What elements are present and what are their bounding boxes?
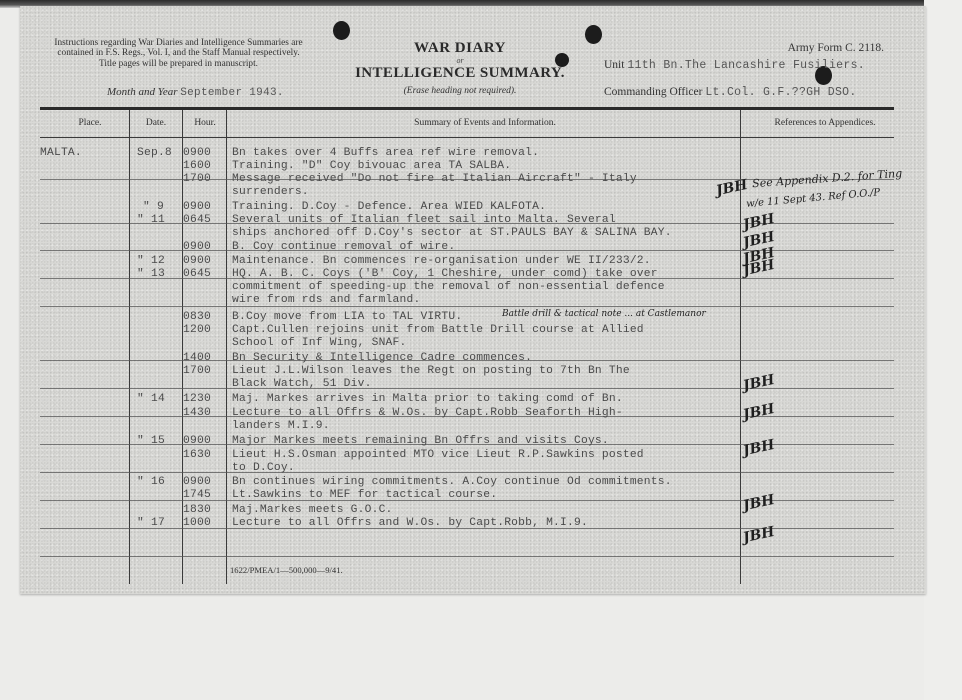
entry-hour: 0900	[183, 201, 211, 214]
title-war-diary: WAR DIARY	[340, 40, 580, 57]
entry-hour: 1430	[183, 407, 211, 420]
col-header-hour: Hour.	[184, 118, 226, 128]
diary-table: Place. Date. Hour. Summary of Events and…	[40, 110, 915, 584]
column-divider	[226, 110, 227, 584]
punch-hole	[585, 25, 602, 44]
initials-signature: JBH	[715, 177, 749, 199]
war-diary-page: Instructions regarding War Diaries and I…	[20, 6, 926, 594]
col-header-refs: References to Appendices.	[745, 118, 905, 128]
entry-text: School of Inf Wing, SNAF.	[232, 337, 406, 350]
col-header-place: Place.	[60, 118, 120, 128]
entry-hour: 0900	[183, 435, 211, 448]
co-value: Lt.Col. G.F.??GH DSO.	[705, 86, 856, 99]
entry-text: B. Coy continue removal of wire.	[232, 241, 455, 254]
punch-hole	[333, 21, 350, 40]
instructions-text: Instructions regarding War Diaries and I…	[51, 38, 306, 69]
initials-signature: JBH	[742, 372, 776, 394]
entry-text: surrenders.	[232, 186, 309, 199]
month-year-label: Month and Year	[107, 86, 178, 98]
entry-text: Maintenance. Bn commences re-organisatio…	[232, 255, 651, 268]
entry-hour: 1600	[183, 160, 211, 173]
header-underline	[40, 137, 894, 138]
entry-date: " 17	[137, 517, 165, 530]
entry-hour: 0645	[183, 214, 211, 227]
unit-label: Unit	[604, 59, 624, 71]
entry-hour: 0900	[183, 241, 211, 254]
entry-hour: 1230	[183, 393, 211, 406]
entry-text: wire from rds and farmland.	[232, 294, 420, 307]
entry-text: Capt.Cullen rejoins unit from Battle Dri…	[232, 324, 644, 337]
entry-hour: 0645	[183, 268, 211, 281]
entry-text: ships anchored off D.Coy's sector at ST.…	[232, 227, 672, 240]
appendix-note: See Appendix D.2. for Ting	[752, 167, 903, 190]
entry-date: " 13	[137, 268, 165, 281]
row-rule	[40, 556, 894, 557]
entry-text: Maj. Markes arrives in Malta prior to ta…	[232, 393, 623, 406]
initials-signature: JBH	[742, 492, 776, 514]
entry-date: " 12	[137, 255, 165, 268]
entry-text: Bn takes over 4 Buffs area ref wire remo…	[232, 147, 539, 160]
entry-place: MALTA.	[40, 147, 82, 160]
row-rule	[40, 472, 894, 473]
commanding-officer-field: Commanding Officer Lt.Col. G.F.??GH DSO.	[604, 86, 857, 99]
army-form-number: Army Form C. 2118.	[788, 42, 884, 54]
entry-hour: 0900	[183, 147, 211, 160]
initials-signature: JBH	[742, 401, 776, 423]
unit-field: Unit 11th Bn.The Lancashire Fusiliers.	[604, 59, 865, 72]
entry-hour: 1700	[183, 173, 211, 186]
entry-hour: 1400	[183, 352, 211, 365]
entry-hour: 0900	[183, 476, 211, 489]
appendix-note: w/e 11 Sept 43. Ref O.O./P	[746, 187, 881, 210]
scanner-right-margin	[924, 0, 962, 700]
entry-hour: 0900	[183, 255, 211, 268]
entry-text: Lieut J.L.Wilson leaves the Regt on post…	[232, 365, 630, 378]
entry-hour: 0830	[183, 311, 211, 324]
entry-text: Message received "Do not fire at Italian…	[232, 173, 637, 186]
handwritten-note: Battle drill & tactical note ... at Cast…	[502, 309, 706, 319]
initials-signature: JBH	[742, 437, 776, 459]
entry-hour: 1830	[183, 504, 211, 517]
entry-hour: 1630	[183, 449, 211, 462]
entry-hour: 1745	[183, 489, 211, 502]
entry-date: " 15	[137, 435, 165, 448]
entry-text: Bn Security & Intelligence Cadre commenc…	[232, 352, 532, 365]
entry-date: " 16	[137, 476, 165, 489]
entry-hour: 1000	[183, 517, 211, 530]
month-year-value: September 1943.	[180, 87, 284, 99]
entry-text: to D.Coy.	[232, 462, 295, 475]
column-divider	[129, 110, 130, 584]
entry-text: commitment of speeding-up the removal of…	[232, 281, 665, 294]
entry-hour: 1200	[183, 324, 211, 337]
entry-text: Several units of Italian fleet sail into…	[232, 214, 616, 227]
entry-date: Sep.8	[137, 147, 172, 160]
row-rule	[40, 306, 894, 307]
entry-text: Training. D.Coy - Defence. Area WIED KAL…	[232, 201, 546, 214]
entry-hour: 1700	[183, 365, 211, 378]
entry-text: Lecture to all Offrs & W.Os. by Capt.Rob…	[232, 407, 623, 420]
entry-text: Major Markes meets remaining Bn Offrs an…	[232, 435, 609, 448]
entry-date: " 9	[143, 201, 164, 214]
entry-text: HQ. A. B. C. Coys ('B' Coy, 1 Cheshire, …	[232, 268, 658, 281]
col-header-date: Date.	[132, 118, 180, 128]
entry-text: landers M.I.9.	[232, 420, 330, 433]
form-title: WAR DIARY or INTELLIGENCE SUMMARY. (Eras…	[340, 40, 580, 96]
printer-code: 1622/PMEA/1—500,000—9/41.	[230, 565, 343, 575]
title-or: or	[340, 57, 580, 65]
entry-text: Training. "D" Coy bivouac area TA SALBA.	[232, 160, 511, 173]
month-year: Month and Year September 1943.	[107, 86, 284, 99]
entry-text: B.Coy move from LIA to TAL VIRTU.	[232, 311, 462, 324]
entry-text: Lt.Sawkins to MEF for tactical course.	[232, 489, 497, 502]
entry-text: Black Watch, 51 Div.	[232, 378, 372, 391]
unit-value: 11th Bn.The Lancashire Fusiliers.	[627, 59, 865, 72]
col-header-summary: Summary of Events and Information.	[230, 118, 740, 128]
title-intelligence-summary: INTELLIGENCE SUMMARY.	[340, 65, 580, 82]
entry-text: Lieut H.S.Osman appointed MTO vice Lieut…	[232, 449, 644, 462]
entry-date: " 11	[137, 214, 165, 227]
co-label: Commanding Officer	[604, 86, 702, 98]
entry-text: Maj.Markes meets G.O.C.	[232, 504, 393, 517]
title-note: (Erase heading not required).	[340, 86, 580, 96]
entry-date: " 14	[137, 393, 165, 406]
entry-text: Lecture to all Offrs and W.Os. by Capt.R…	[232, 517, 588, 530]
entry-text: Bn continues wiring commitments. A.Coy c…	[232, 476, 672, 489]
